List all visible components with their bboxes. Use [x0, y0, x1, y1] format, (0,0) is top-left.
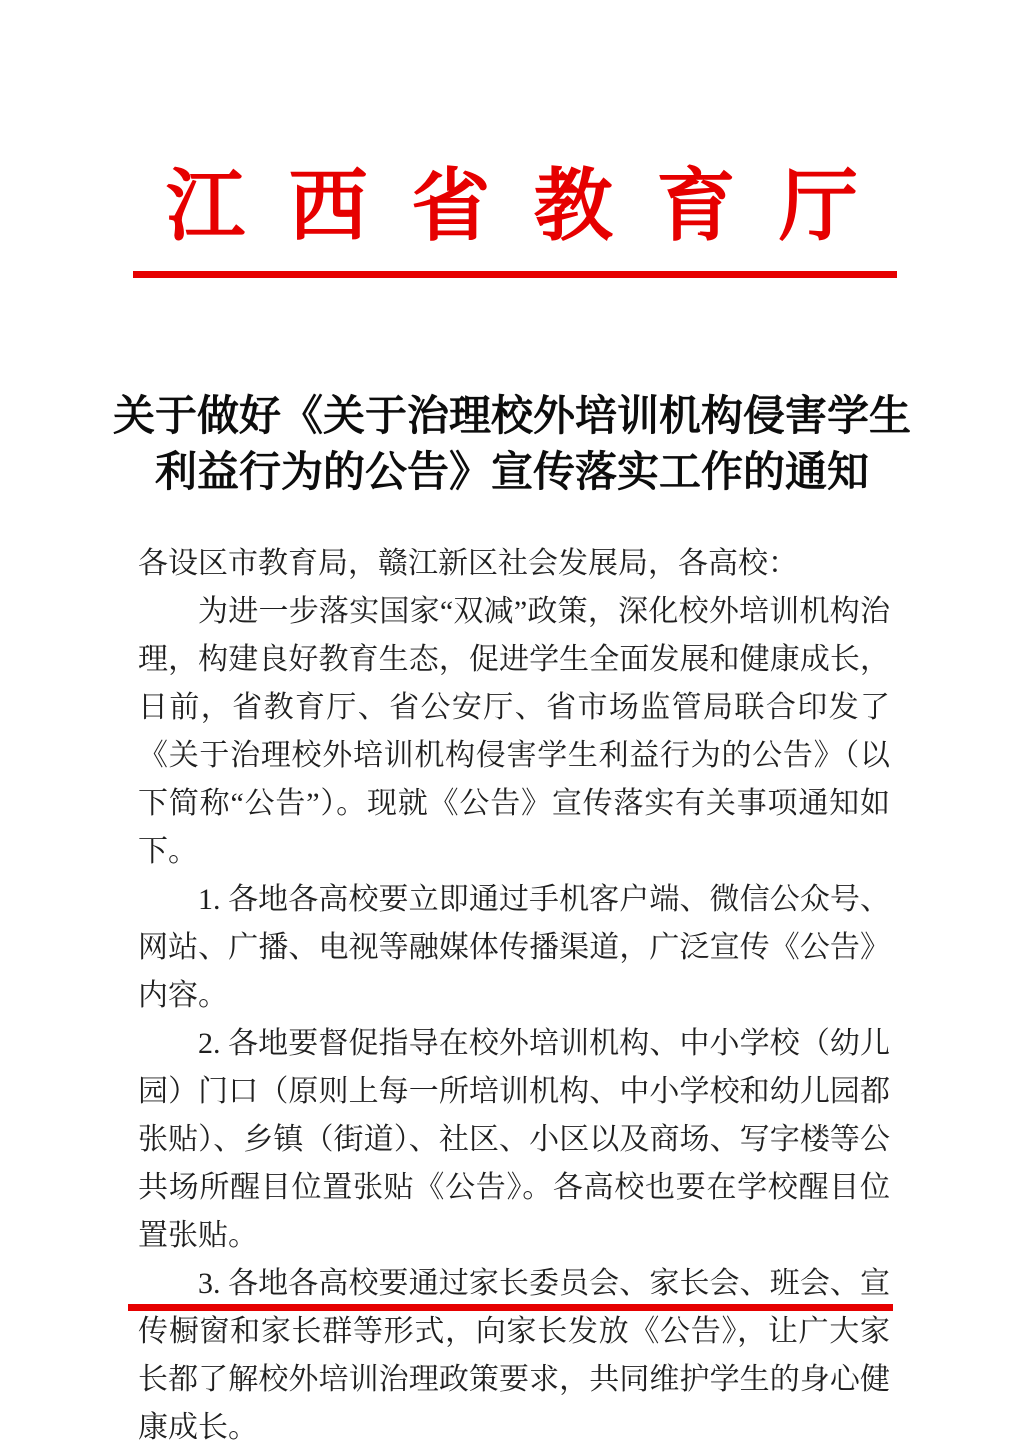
- paragraph-item-1: 1. 各地各高校要立即通过手机客户端、微信公众号、网站、广播、电视等融媒体传播渠…: [138, 876, 890, 1020]
- letterhead-char: 省: [411, 168, 490, 247]
- letterhead-char: 西: [289, 168, 368, 247]
- letterhead-char: 育: [656, 168, 735, 247]
- paragraph-intro: 为进一步落实国家“双减”政策，深化校外培训机构治理，构建良好教育生态，促进学生全…: [138, 588, 890, 876]
- footer-divider-line: [128, 1304, 893, 1311]
- document-title-line-2: 利益行为的公告》宣传落实工作的通知: [112, 445, 912, 501]
- salutation: 各设区市教育局，赣江新区社会发展局，各高校：: [138, 540, 890, 588]
- letterhead-title: 江 西 省 教 育 厅: [166, 168, 858, 247]
- letterhead-char: 厅: [779, 168, 858, 247]
- document-title: 关于做好《关于治理校外培训机构侵害学生 利益行为的公告》宣传落实工作的通知: [112, 389, 912, 501]
- document-page: 江 西 省 教 育 厅 关于做好《关于治理校外培训机构侵害学生 利益行为的公告》…: [0, 0, 1024, 1447]
- paragraph-item-2: 2. 各地要督促指导在校外培训机构、中小学校（幼儿园）门口（原则上每一所培训机构…: [138, 1020, 890, 1260]
- document-title-line-1: 关于做好《关于治理校外培训机构侵害学生: [112, 389, 912, 445]
- letterhead-char: 教: [534, 168, 613, 247]
- paragraph-item-3: 3. 各地各高校要通过家长委员会、家长会、班会、宣传橱窗和家长群等形式，向家长发…: [138, 1260, 890, 1447]
- letterhead-divider-line: [133, 271, 897, 278]
- letterhead-char: 江: [166, 168, 245, 247]
